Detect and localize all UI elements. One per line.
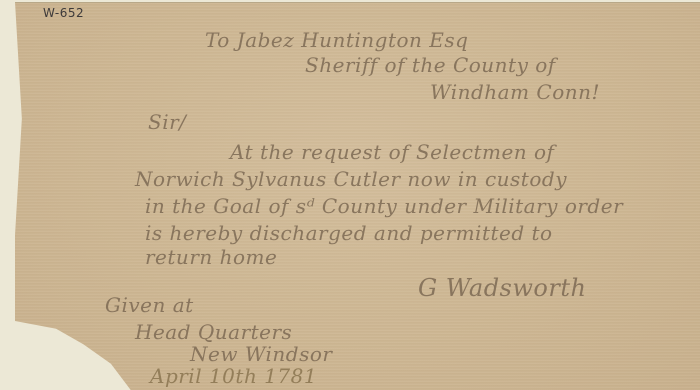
given-line-1: Given at bbox=[105, 293, 194, 317]
date-line: April 10th 1781 bbox=[150, 364, 317, 388]
body-line-2: Norwich Sylvanus Cutler now in custody bbox=[135, 167, 567, 191]
body-line-1: At the request of Selectmen of bbox=[230, 140, 554, 164]
given-line-3: New Windsor bbox=[190, 342, 332, 366]
catalog-number: W-652 bbox=[43, 6, 84, 20]
body-line-5: return home bbox=[145, 245, 277, 269]
document-scan: W-652 To Jabez Huntington Esq Sheriff of… bbox=[0, 0, 700, 390]
body-line-3: in the Goal of sᵈ County under Military … bbox=[145, 194, 623, 218]
salutation: Sir/ bbox=[148, 110, 186, 134]
address-line-3: Windham Conn! bbox=[430, 80, 600, 104]
body-line-4: is hereby discharged and permitted to bbox=[145, 221, 553, 245]
given-line-2: Head Quarters bbox=[135, 320, 292, 344]
address-line-2: Sheriff of the County of bbox=[305, 53, 556, 77]
signature: G Wadsworth bbox=[418, 274, 586, 302]
address-line-1: To Jabez Huntington Esq bbox=[205, 28, 468, 52]
